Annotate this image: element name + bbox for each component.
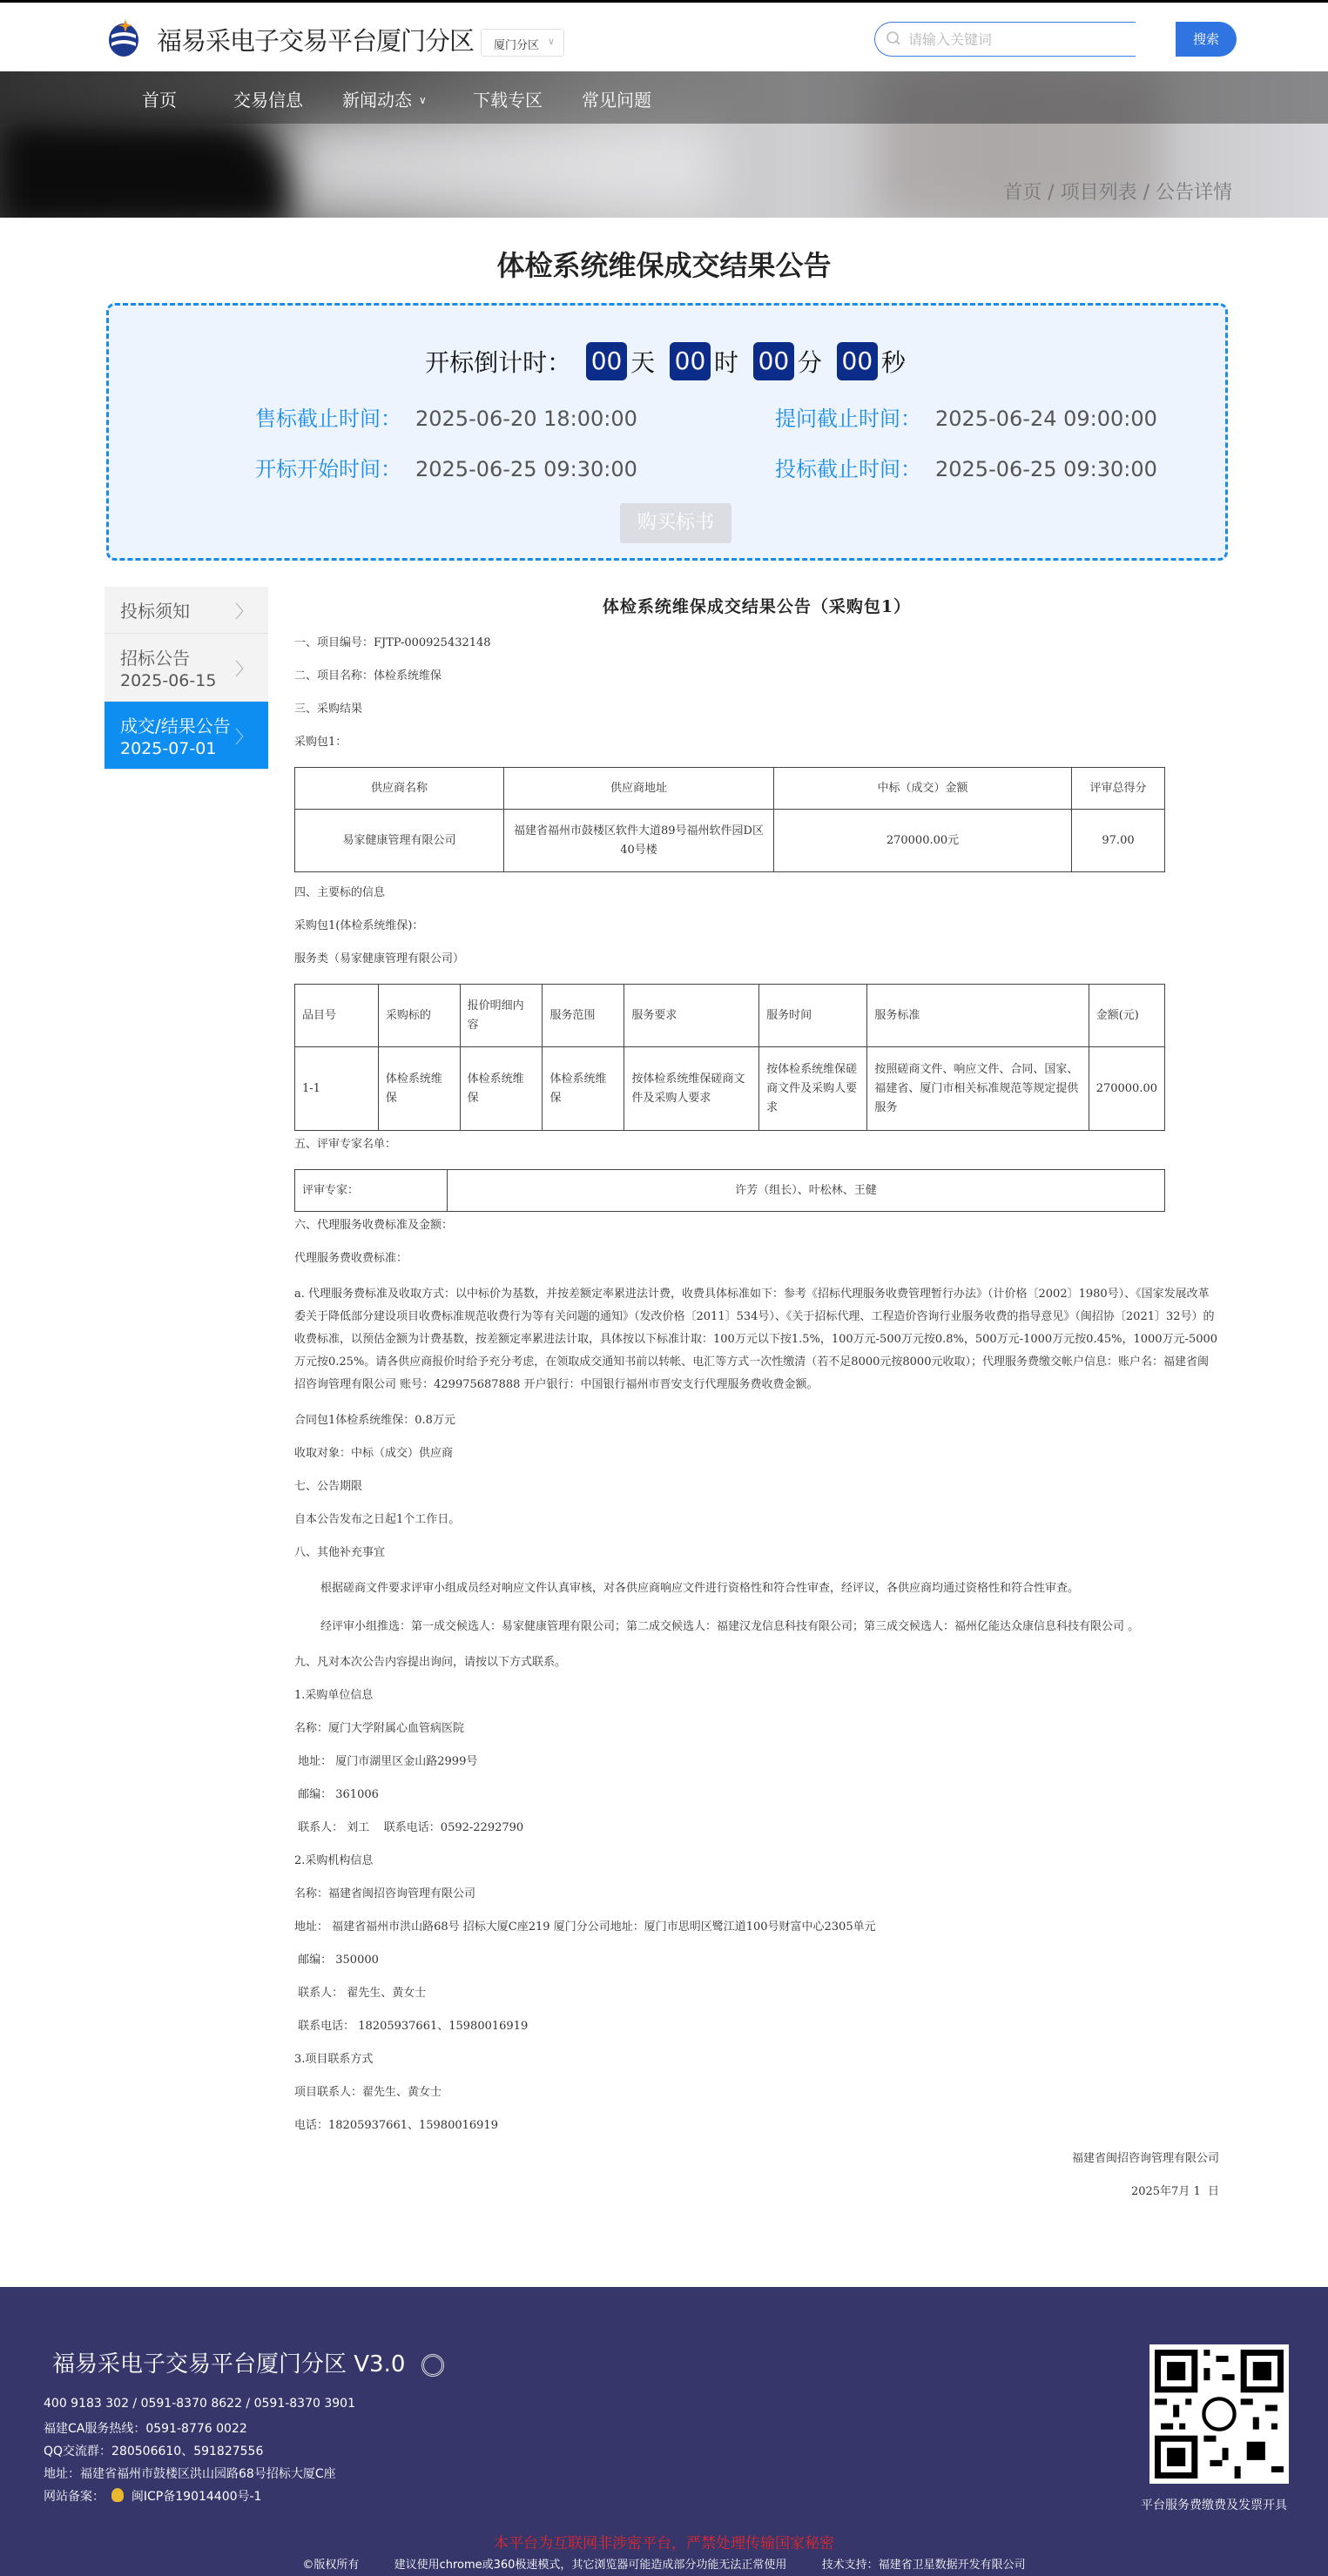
section-heading: 五、评审专家名单： [294, 1136, 1219, 1153]
countdown-minutes: 00 [753, 342, 794, 380]
total-score: 97.00 [1072, 810, 1165, 872]
fee-subheading: 代理服务费收费标准： [294, 1250, 1219, 1268]
table-header: 服务时间 [759, 985, 867, 1047]
page-title: 体检系统维保成交结果公告 [0, 244, 1328, 284]
project-phone: 电话：18205937661、15980016919 [294, 2117, 1219, 2135]
item-amount: 270000.00 [1089, 1047, 1164, 1131]
sidebar-item-result-announcement[interactable]: 成交/结果公告 2025-07-01 〉 [104, 702, 268, 770]
countdown-panel: 开标倒计时： 00天 00时 00分 00秒 售标截止时间：2025-06-20… [106, 303, 1228, 561]
agency-zip: 邮编： 350000 [294, 1952, 1219, 1969]
nav-label: 首页 [142, 90, 177, 111]
table-header: 报价明细内容 [460, 985, 543, 1047]
award-amount: 270000.00元 [774, 810, 1072, 872]
purchaser-name: 名称：厦门大学附属心血管病医院 [294, 1720, 1219, 1738]
table-header: 服务标准 [867, 985, 1089, 1047]
qr-code [1149, 2344, 1289, 2484]
fee-amount: 合同包1体检系统维保：0.8万元 [294, 1412, 1219, 1429]
sidebar-item-label: 投标须知 [120, 601, 190, 622]
item-table: 品目号 采购标的 报价明细内容 服务范围 服务要求 服务时间 服务标准 金额(元… [294, 984, 1165, 1131]
item-scope: 体检系统维保 [543, 1047, 624, 1131]
sale-end-label: 售标截止时间： [255, 407, 401, 431]
bid-end-value: 2025-06-25 09:30:00 [935, 457, 1157, 481]
project-name: 二、项目名称：体检系统维保 [294, 668, 1219, 685]
footer-address: 地址：福建省福州市鼓楼区洪山园路68号招标大厦C座 [44, 2465, 336, 2482]
search-icon [886, 30, 901, 46]
sidebar: 投标须知 〉 招标公告 2025-06-15 〉 成交/结果公告 2025-07… [104, 587, 268, 770]
package-label: 采购包1： [294, 734, 1219, 751]
chevron-down-icon: ∨ [419, 94, 427, 106]
table-row: 易家健康管理有限公司 福建省福州市鼓楼区软件大道89号福州软件园D区40号楼 2… [295, 810, 1165, 872]
countdown-label: 开标倒计时： [425, 348, 571, 377]
nav-label: 交易信息 [233, 90, 303, 111]
section-heading: 六、代理服务收费标准及金额： [294, 1217, 1219, 1234]
police-badge-icon [111, 2488, 124, 2502]
region-select-value: 厦门分区 [494, 39, 539, 52]
question-end-time: 提问截止时间：2025-06-24 09:00:00 [775, 401, 1157, 432]
fee-target: 收取对象：中标（成交）供应商 [294, 1445, 1219, 1463]
main-nav: 首页 交易信息 新闻动态∨ 下载专区 常见问题 [0, 71, 1328, 124]
table-row: 1-1 体检系统维保 体检系统维保 体检系统维保 按体检系统维保磋商文件及采购人… [295, 1047, 1165, 1131]
item-subject: 体检系统维保 [378, 1047, 460, 1131]
contact-heading: 3.项目联系方式 [294, 2051, 1219, 2068]
result-table: 供应商名称 供应商地址 中标（成交）金额 评审总得分 易家健康管理有限公司 福建… [294, 767, 1165, 872]
agency-phone: 联系电话： 18205937661、15980016919 [294, 2018, 1219, 2035]
expert-table: 评审专家： 许芳（组长）、叶松林、王健 [294, 1169, 1165, 1212]
sidebar-item-tender-announcement[interactable]: 招标公告 2025-06-15 〉 [104, 634, 268, 702]
site-title: 福易采电子交易平台厦门分区 [157, 22, 474, 57]
sale-end-value: 2025-06-20 18:00:00 [415, 407, 637, 431]
footer-icp: 网站备案： 闽ICP备19014400号-1 [44, 2487, 261, 2505]
project-contact: 项目联系人：翟先生、黄女士 [294, 2084, 1219, 2102]
section-heading: 八、其他补充事宜 [294, 1544, 1219, 1562]
open-start-label: 开标开始时间： [255, 457, 401, 481]
sidebar-item-date: 2025-06-15 [120, 671, 253, 690]
announcement-period: 自本公告发布之日起1个工作日。 [294, 1511, 1219, 1529]
question-end-label: 提问截止时间： [775, 407, 921, 431]
sidebar-item-date: 2025-07-01 [120, 739, 253, 758]
countdown-days: 00 [586, 342, 627, 380]
section-heading: 七、公告期限 [294, 1478, 1219, 1496]
table-header: 品目号 [295, 985, 379, 1047]
agency-contact: 联系人： 翟先生、黄女士 [294, 1985, 1219, 2002]
supplementary-text: 根据磋商文件要求评审小组成员经对响应文件认真审核，对各供应商响应文件进行资格性和… [294, 1577, 1219, 1600]
countdown-timer: 开标倒计时： 00天 00时 00分 00秒 [109, 342, 1225, 380]
project-number: 一、项目编号：FJTP-000925432148 [294, 635, 1219, 652]
seconds-unit: 秒 [881, 348, 906, 377]
site-footer: 福易采电子交易平台厦门分区 V3.0 400 9183 302 / 0591-8… [0, 2287, 1328, 2576]
footer-ca-hotline: 福建CA服务热线：0591-8776 0022 [44, 2419, 247, 2437]
contact-heading: 1.采购单位信息 [294, 1687, 1219, 1705]
section-heading: 四、主要标的信息 [294, 884, 1219, 902]
search-button[interactable]: 搜索 [1176, 22, 1237, 57]
qr-caption: 平台服务费缴费及发票开具 [1141, 2496, 1287, 2513]
announcement-document: 体检系统维保成交结果公告（采购包1） 一、项目编号：FJTP-000925432… [294, 583, 1219, 2216]
breadcrumb[interactable]: 首页 / 项目列表 / 公告详情 [1003, 178, 1232, 205]
nav-item-faq[interactable]: 常见问题 [582, 86, 651, 111]
sidebar-item-label: 招标公告 [120, 648, 190, 669]
copyright-text: ©版权所有 [302, 2559, 359, 2572]
expert-label: 评审专家： [295, 1170, 448, 1212]
signature-date: 2025年7月 1 日 [294, 2183, 1219, 2201]
logo-icon [106, 17, 143, 57]
countdown-seconds: 00 [837, 342, 878, 380]
icp-label: 网站备案： [44, 2490, 104, 2504]
section-heading: 九、凡对本次公告内容提出询问，请按以下方式联系。 [294, 1654, 1219, 1671]
search-box [874, 22, 1136, 57]
banner: 首页 交易信息 新闻动态∨ 下载专区 常见问题 首页 / 项目列表 / 公告详情 [0, 71, 1328, 218]
tech-support: 技术支持：福建省卫星数据开发有限公司 [822, 2559, 1026, 2572]
nav-item-trade-info[interactable]: 交易信息 [233, 86, 303, 111]
item-time: 按体检系统维保磋商文件及采购人要求 [759, 1047, 867, 1131]
bid-end-time: 投标截止时间：2025-06-25 09:30:00 [775, 452, 1157, 482]
table-header: 供应商地址 [504, 768, 774, 810]
footer-copyright-bar: ©版权所有 建议使用chrome或360极速模式，其它浏览器可能造成部分功能无法… [0, 2555, 1328, 2572]
table-header: 金额(元) [1089, 985, 1164, 1047]
certification-badge-icon [421, 2354, 444, 2377]
footer-title: 福易采电子交易平台厦门分区 V3.0 [52, 2346, 444, 2378]
qr-code-icon [1155, 2350, 1284, 2478]
footer-title-text: 福易采电子交易平台厦门分区 V3.0 [52, 2351, 405, 2378]
table-header: 采购标的 [378, 985, 460, 1047]
supplier-address: 福建省福州市鼓楼区软件大道89号福州软件园D区40号楼 [504, 810, 774, 872]
sale-end-time: 售标截止时间：2025-06-20 18:00:00 [255, 401, 637, 432]
sidebar-item-label: 成交/结果公告 [120, 716, 231, 736]
agency-address: 地址： 福建省福州市洪山路68号 招标大厦C座219 厦门分公司地址：厦门市思明… [294, 1919, 1219, 1936]
nav-item-downloads[interactable]: 下载专区 [473, 86, 543, 111]
hours-unit: 时 [714, 348, 738, 377]
fee-standard-text: a. 代理服务费标准及收取方式：以中标价为基数，并按差额定率累进法计费，收费具体… [294, 1283, 1219, 1396]
contact-heading: 2.采购机构信息 [294, 1853, 1219, 1870]
nav-item-home[interactable]: 首页 [142, 86, 177, 111]
nav-item-news[interactable]: 新闻动态∨ [342, 86, 427, 111]
nav-label: 常见问题 [582, 90, 651, 111]
nav-label: 下载专区 [473, 90, 543, 111]
buy-tender-button[interactable]: 购买标书 [620, 503, 731, 543]
supplier-name: 易家健康管理有限公司 [295, 810, 504, 872]
table-header: 中标（成交）金额 [774, 768, 1072, 810]
chevron-right-icon: 〉 [235, 655, 253, 680]
countdown-hours: 00 [670, 342, 711, 380]
purchaser-contact: 联系人： 刘工 联系电话：0592-2292790 [294, 1819, 1219, 1837]
nav-label: 新闻动态 [342, 90, 412, 111]
item-standard: 按照磋商文件、响应文件、合同、国家、福建省、厦门市相关标准规范等规定提供服务 [867, 1047, 1089, 1131]
purchaser-address: 地址： 厦门市湖里区金山路2999号 [294, 1753, 1219, 1771]
browser-tip: 建议使用chrome或360极速模式，其它浏览器可能造成部分功能无法正常使用 [394, 2559, 787, 2572]
table-header: 供应商名称 [295, 768, 504, 810]
section-heading: 三、采购结果 [294, 701, 1219, 718]
candidates-text: 经评审小组推选：第一成交候选人：易家健康管理有限公司；第二成交候选人：福建汉龙信… [294, 1616, 1219, 1638]
package-description: 采购包1(体检系统维保)： [294, 918, 1219, 935]
expert-names: 许芳（组长）、叶松林、王健 [448, 1170, 1165, 1212]
search-input[interactable] [908, 28, 1126, 50]
open-start-value: 2025-06-25 09:30:00 [415, 457, 637, 481]
days-unit: 天 [630, 348, 655, 377]
footer-phones: 400 9183 302 / 0591-8370 8622 / 0591-837… [44, 2397, 355, 2411]
question-end-value: 2025-06-24 09:00:00 [935, 407, 1157, 431]
purchaser-zip: 邮编： 361006 [294, 1786, 1219, 1804]
document-title: 体检系统维保成交结果公告（采购包1） [294, 594, 1219, 617]
chevron-right-icon: 〉 [235, 597, 253, 622]
agency-name: 名称：福建省闽招咨询管理有限公司 [294, 1886, 1219, 1903]
chevron-down-icon: ∨ [548, 36, 555, 47]
footer-qq-groups: QQ交流群：280506610、591827556 [44, 2442, 263, 2459]
icp-link[interactable]: 闽ICP备19014400号-1 [131, 2490, 262, 2504]
minutes-unit: 分 [798, 348, 822, 377]
region-select[interactable]: 厦门分区 ∨ [481, 29, 564, 57]
table-header: 评审总得分 [1072, 768, 1165, 810]
signature-org: 福建省闽招咨询管理有限公司 [294, 2150, 1219, 2168]
site-header: 福易采电子交易平台厦门分区 厦门分区 ∨ 搜索 [0, 3, 1328, 71]
service-type: 服务类（易家健康管理有限公司） [294, 951, 1219, 968]
item-number: 1-1 [295, 1047, 379, 1131]
bid-end-label: 投标截止时间： [775, 457, 921, 481]
security-warning: 本平台为互联网非涉密平台，严禁处理传输国家秘密 [0, 2531, 1328, 2552]
table-row: 评审专家： 许芳（组长）、叶松林、王健 [295, 1170, 1165, 1212]
open-start-time: 开标开始时间：2025-06-25 09:30:00 [255, 452, 637, 482]
table-header: 服务范围 [543, 985, 624, 1047]
item-requirement: 按体检系统维保磋商文件及采购人要求 [624, 1047, 759, 1131]
item-quote-detail: 体检系统维保 [460, 1047, 543, 1131]
chevron-right-icon: 〉 [235, 723, 253, 748]
sidebar-item-bid-notice[interactable]: 投标须知 〉 [104, 587, 268, 634]
table-header: 服务要求 [624, 985, 759, 1047]
